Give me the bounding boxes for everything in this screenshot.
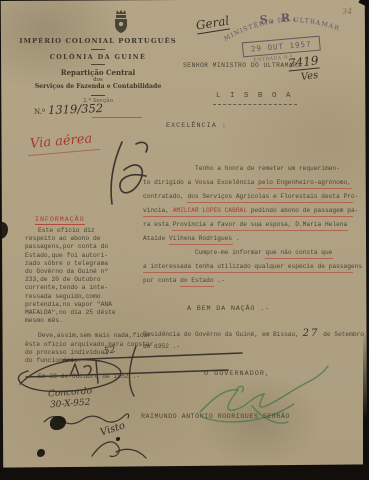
letterhead-dept1: Repartição Central	[18, 68, 178, 77]
letterhead-country: IMPÉRIO COLONIAL PORTUGUÊS	[18, 37, 178, 45]
margin-line: MAFALDA",no dia 25 dêste	[25, 309, 165, 317]
scan-edge-right	[363, 330, 369, 480]
day-handwritten: 27	[303, 328, 320, 339]
informacao-title: INFORMAÇÃO	[35, 216, 85, 225]
scanned-letter-page: IMPÉRIO COLONIAL PORTUGUÊS COLÓNIA DA GU…	[0, 0, 369, 480]
margin-line: Este ofício diz	[25, 227, 165, 235]
margin-line: corrente,tendo a inte-	[25, 284, 165, 292]
amilcar-cabral-name: AMILCAR LOPES CABRAL	[173, 207, 247, 214]
margin-line: zado sôbre o telegrama	[25, 260, 165, 268]
margin-line: do Govêrno da Guiné nº	[25, 268, 165, 276]
scan-edge-bottom	[0, 464, 369, 480]
entry-number-handwritten: 7419	[287, 53, 319, 71]
letter-body: Tenho a honra de remeter um requerimen- …	[143, 162, 362, 288]
page-number-pencil: 34	[342, 7, 352, 16]
document-number-handwritten: 1319/352	[48, 101, 104, 117]
margin-line: ressada seguido,como	[25, 293, 165, 301]
signature-name: RAIMUNDO ANTÓNIO RODRIGUES SERRÃO	[141, 413, 290, 421]
divider	[91, 49, 105, 50]
closing-motto: A BEM DA NAÇÃO .-	[187, 305, 270, 313]
margin-line: pretendia,no vapor "ANA	[25, 301, 165, 309]
dateline-text: Residência do Govêrno da Guiné, em Bissa…	[143, 331, 303, 338]
city-dashed-underline	[213, 104, 297, 105]
number-underline	[92, 117, 142, 118]
red-underline	[265, 258, 333, 259]
red-underline	[169, 244, 233, 245]
margin-line: respeito ao abono de	[25, 235, 165, 243]
margin-line: passagens,por conta do	[25, 243, 165, 251]
document-number-label: N.º	[34, 108, 45, 116]
margin-line: 233,de 20 de Outubro	[25, 276, 165, 284]
red-underline	[257, 188, 352, 189]
dateline-text: de Setembro	[319, 331, 364, 338]
body-line-segment: víncia,	[143, 207, 173, 214]
divider	[91, 95, 105, 96]
red-underline	[143, 216, 353, 217]
divider	[91, 64, 105, 65]
red-underline	[172, 230, 348, 231]
margin-line: Deve,assim,sem mais nada,ficar	[25, 332, 165, 340]
red-underline	[180, 286, 214, 287]
letterhead-dept3: Serviços de Fazenda e Contabilidade	[18, 83, 178, 90]
margin-line: Estado,que foi autori-	[25, 252, 165, 260]
letterhead-colony: COLÓNIA DA GUINÉ	[18, 53, 178, 61]
body-line: Tenho a honra de remeter um requerimen-	[143, 162, 362, 176]
addressee-line: SENHOR MINISTRO DO ULTRAMAR	[183, 62, 297, 69]
red-underline	[187, 202, 353, 203]
colonial-crest-icon	[110, 8, 132, 34]
addressee-city: L I S B O A	[216, 92, 293, 100]
dateline: Residência do Govêrno da Guiné, em Bissa…	[143, 328, 364, 339]
minister-rubric-signature	[8, 344, 248, 402]
salutation: EXCELÊNCIA :	[166, 122, 227, 130]
body-line-segment: pedindo abono de passagem pa-	[247, 207, 358, 214]
body-line: por conta do Estado .-	[143, 274, 362, 288]
red-underline	[143, 272, 353, 273]
margin-line: mesmo mês.	[25, 317, 165, 325]
